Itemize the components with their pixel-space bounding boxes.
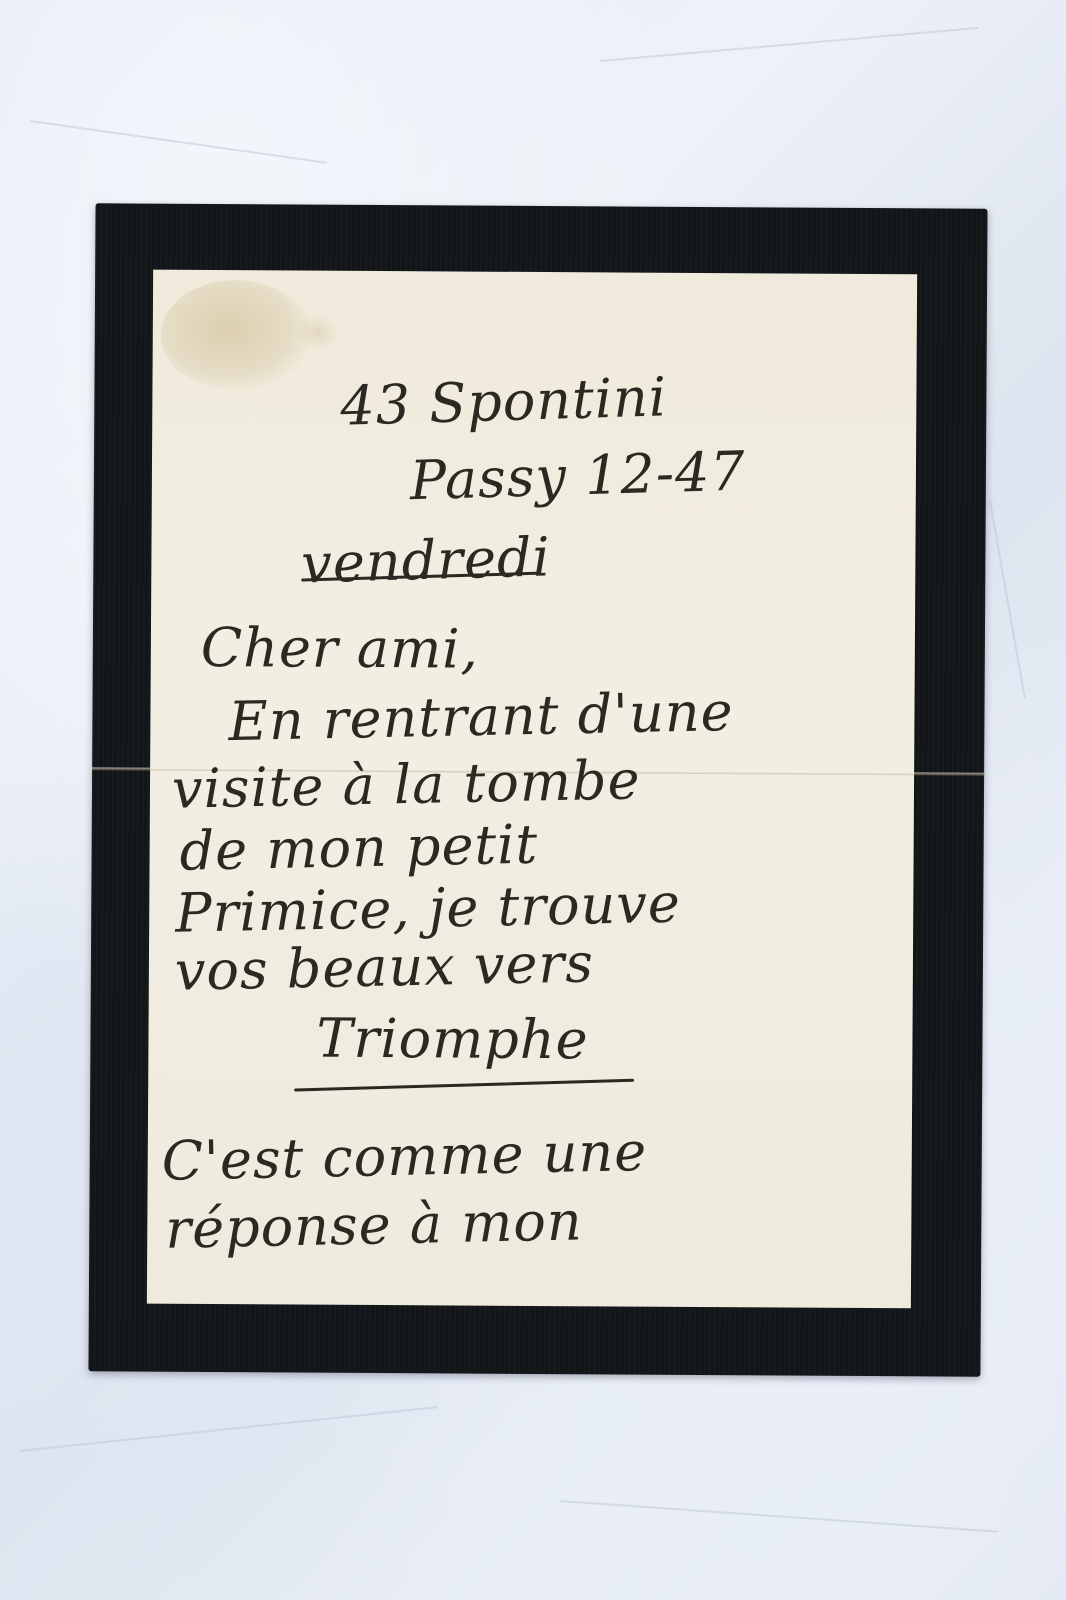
background-crease	[989, 501, 1026, 698]
closing-line-2: réponse à mon	[165, 1189, 584, 1260]
body-line-2: visite à la tombe	[171, 748, 641, 820]
poem-title-underline	[294, 1079, 634, 1092]
water-stain	[160, 280, 311, 391]
body-line-1: En rentrant d'une	[228, 680, 734, 753]
salutation: Cher ami,	[201, 616, 479, 681]
address-line-1: 43 Spontini	[339, 365, 667, 437]
background-crease	[560, 1500, 999, 1533]
date-day: vendredi	[300, 525, 551, 595]
body-line-5: vos beaux vers	[174, 931, 594, 1002]
mourning-letter-card: 43 Spontini Passy 12-47 vendredi Cher am…	[88, 203, 987, 1376]
address-line-2: Passy 12-47	[409, 440, 747, 513]
poem-title: Triomphe	[316, 1007, 589, 1072]
background-crease	[600, 27, 979, 62]
background-crease	[30, 120, 327, 164]
body-line-3: de mon petit	[179, 813, 539, 883]
letter-sheet: 43 Spontini Passy 12-47 vendredi Cher am…	[147, 270, 917, 1309]
water-stain	[298, 316, 338, 350]
closing-line-1: C'est comme une	[161, 1120, 648, 1193]
background-crease	[20, 1406, 438, 1452]
